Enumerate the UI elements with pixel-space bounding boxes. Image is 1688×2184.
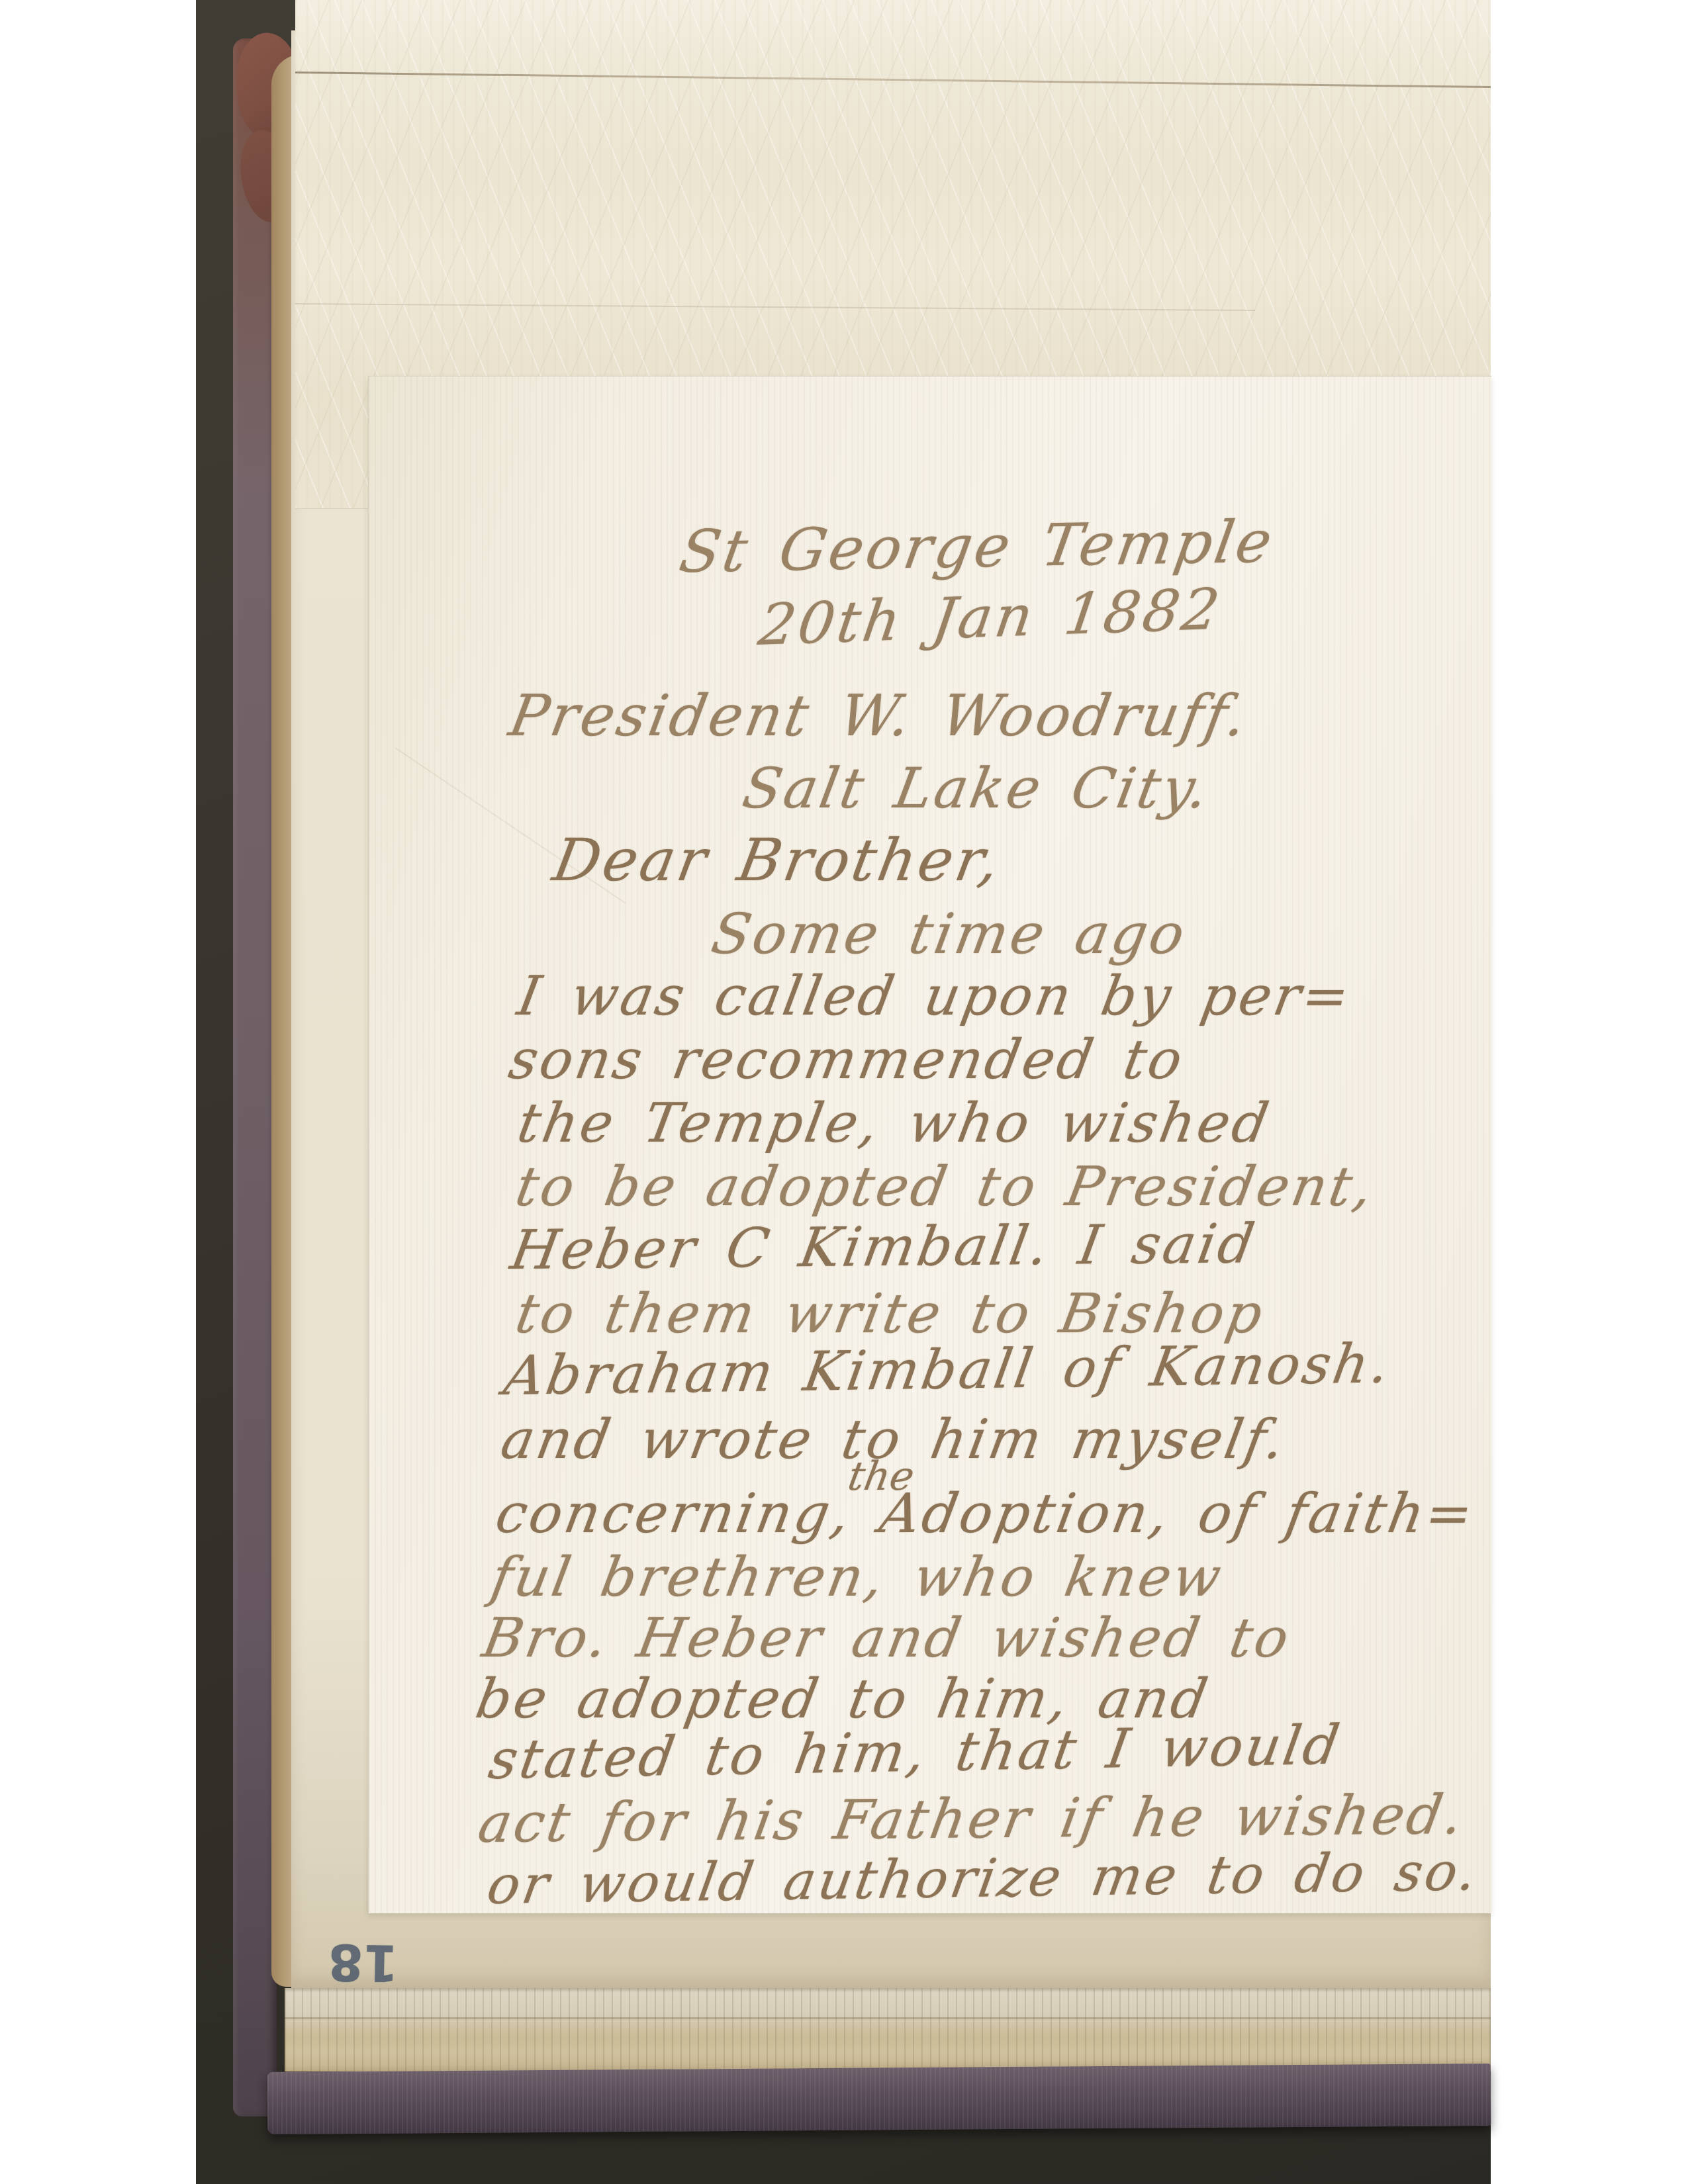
book-spine (233, 38, 277, 2116)
bottom-cover-band (267, 2064, 1491, 2134)
page-fore-edge (285, 1988, 1491, 2071)
scanned-letter-page: St George Temple20th Jan 1882President W… (0, 0, 1688, 2184)
letter-sheet (368, 376, 1491, 1913)
page-number-stamp: 18 (325, 1913, 399, 1993)
